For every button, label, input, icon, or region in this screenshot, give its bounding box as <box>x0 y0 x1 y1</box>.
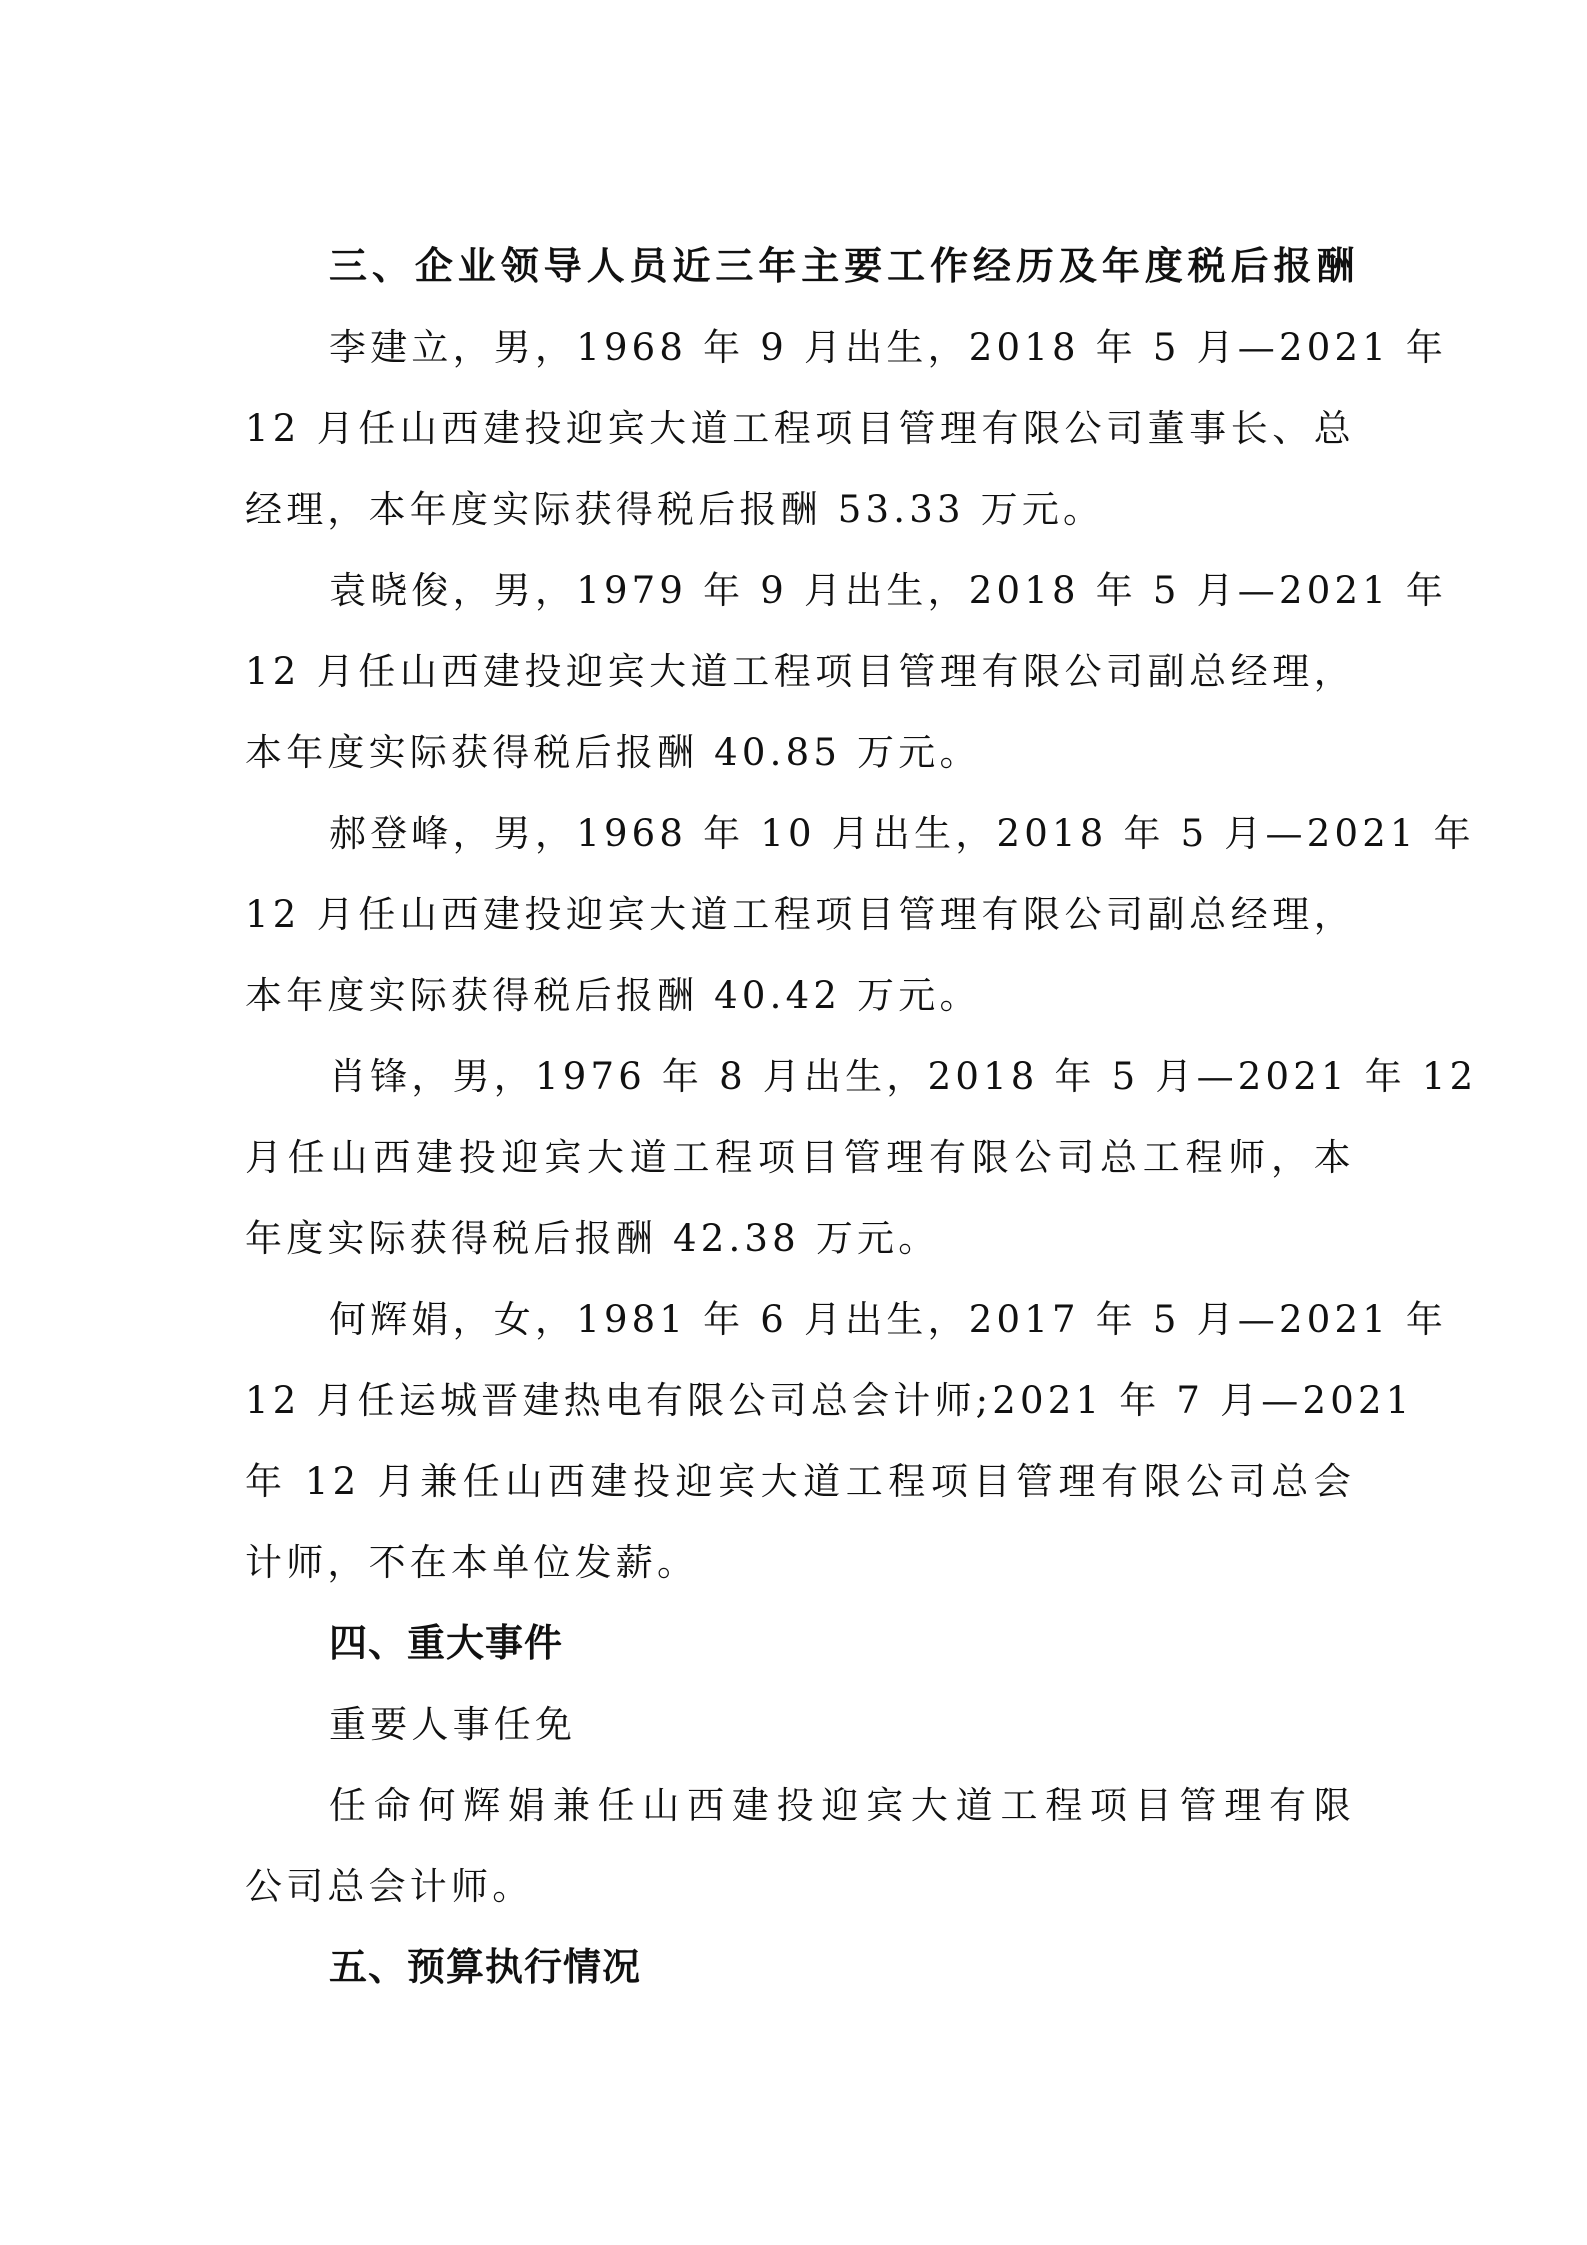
paragraph-line: 计师，不在本单位发薪。 <box>245 1522 1355 1603</box>
paragraph-line: 12 月任山西建投迎宾大道工程项目管理有限公司副总经理， <box>245 631 1355 712</box>
paragraph-line: 本年度实际获得税后报酬 40.42 万元。 <box>245 955 1355 1036</box>
paragraph-line: 肖锋，男，1976 年 8 月出生，2018 年 5 月—2021 年 12 <box>245 1036 1355 1117</box>
section-heading-leaders: 三、企业领导人员近三年主要工作经历及年度税后报酬 <box>245 226 1355 307</box>
paragraph-line: 李建立，男，1968 年 9 月出生，2018 年 5 月—2021 年 <box>245 307 1355 388</box>
document-page: 三、企业领导人员近三年主要工作经历及年度税后报酬 李建立，男，1968 年 9 … <box>245 226 1355 2008</box>
paragraph-line: 本年度实际获得税后报酬 40.85 万元。 <box>245 712 1355 793</box>
section-heading-budget-execution: 五、预算执行情况 <box>245 1927 1355 2008</box>
paragraph-line: 何辉娟，女，1981 年 6 月出生，2017 年 5 月—2021 年 <box>245 1279 1355 1360</box>
paragraph-line: 经理，本年度实际获得税后报酬 53.33 万元。 <box>245 469 1355 550</box>
leader-paragraph-xiao-feng: 肖锋，男，1976 年 8 月出生，2018 年 5 月—2021 年 12 月… <box>245 1036 1355 1279</box>
paragraph-line: 12 月任山西建投迎宾大道工程项目管理有限公司副总经理， <box>245 874 1355 955</box>
subheading-personnel-appointments: 重要人事任免 <box>245 1684 1355 1765</box>
paragraph-line: 公司总会计师。 <box>245 1846 1355 1927</box>
paragraph-line: 月任山西建投迎宾大道工程项目管理有限公司总工程师，本 <box>245 1117 1355 1198</box>
leader-paragraph-yuan-xiaojun: 袁晓俊，男，1979 年 9 月出生，2018 年 5 月—2021 年 12 … <box>245 550 1355 793</box>
leader-paragraph-hao-dengfeng: 郝登峰，男，1968 年 10 月出生，2018 年 5 月—2021 年 12… <box>245 793 1355 1036</box>
paragraph-line: 重要人事任免 <box>245 1684 1355 1765</box>
paragraph-line: 任命何辉娟兼任山西建投迎宾大道工程项目管理有限 <box>245 1765 1355 1846</box>
paragraph-line: 12 月任运城晋建热电有限公司总会计师;2021 年 7 月—2021 <box>245 1360 1355 1441</box>
paragraph-line: 年 12 月兼任山西建投迎宾大道工程项目管理有限公司总会 <box>245 1441 1355 1522</box>
leader-paragraph-li-jianli: 李建立，男，1968 年 9 月出生，2018 年 5 月—2021 年 12 … <box>245 307 1355 550</box>
section-heading-major-events: 四、重大事件 <box>245 1603 1355 1684</box>
leader-paragraph-he-huijuan: 何辉娟，女，1981 年 6 月出生，2017 年 5 月—2021 年 12 … <box>245 1279 1355 1603</box>
paragraph-line: 年度实际获得税后报酬 42.38 万元。 <box>245 1198 1355 1279</box>
paragraph-line: 郝登峰，男，1968 年 10 月出生，2018 年 5 月—2021 年 <box>245 793 1355 874</box>
paragraph-line: 袁晓俊，男，1979 年 9 月出生，2018 年 5 月—2021 年 <box>245 550 1355 631</box>
paragraph-line: 12 月任山西建投迎宾大道工程项目管理有限公司董事长、总 <box>245 388 1355 469</box>
appointment-paragraph: 任命何辉娟兼任山西建投迎宾大道工程项目管理有限 公司总会计师。 <box>245 1765 1355 1927</box>
